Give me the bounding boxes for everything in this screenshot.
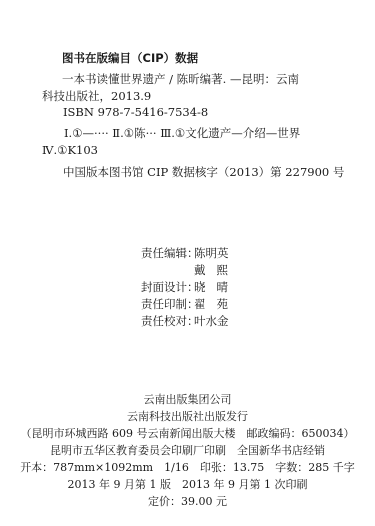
price: 定价：39.00 元 (0, 495, 375, 512)
credit-char: 翟 (194, 297, 206, 314)
book-specs: 开本：787mm×1092mm 1/16 印张：13.75 字数：285 千字 (0, 461, 375, 478)
cip-heading: 图书在版编目（CIP）数据 (62, 51, 198, 65)
credit-label: 责任校对： (141, 314, 194, 331)
cip-publisher-line: 科技出版社，2013.9 (42, 89, 151, 103)
credit-char: 陈 (194, 246, 206, 263)
cip-classification-2: Ⅳ.①K103 (42, 143, 98, 157)
publisher-press: 云南科技出版社出版发行 (0, 410, 375, 427)
credit-char: 苑 (217, 297, 229, 314)
credit-value: 陈 明 英 (194, 246, 228, 263)
cip-title-line: 一本书读懂世界遗产 / 陈昕编著. —昆明：云南 (62, 72, 299, 86)
edition-info: 2013 年 9 月第 1 版 2013 年 9 月第 1 次印刷 (0, 478, 375, 495)
credit-row-cover-design: 封面设计： 晓 晴 (141, 280, 228, 297)
credit-row-proofreading: 责任校对： 叶 水 金 (141, 314, 228, 331)
credit-row-editor-2: 戴 熙 (141, 263, 228, 280)
publisher-group: 云南出版集团公司 (0, 393, 375, 410)
credit-char: 明 (206, 246, 218, 263)
cip-isbn: ISBN 978-7-5416-7534-8 (63, 105, 208, 119)
credit-label: 责任印制： (141, 297, 194, 314)
credit-label (141, 263, 194, 280)
credit-char: 熙 (217, 263, 229, 280)
credit-char: 晴 (217, 280, 229, 297)
credit-char: 金 (217, 314, 229, 331)
cip-classification-1: Ⅰ.①—···· Ⅱ.①陈··· Ⅲ.①文化遗产—介绍—世界 (64, 126, 300, 140)
credit-char: 叶 (194, 314, 206, 331)
publisher-printer: 昆明市五华区教育委员会印刷厂印刷 全国新华书店经销 (0, 444, 375, 461)
credit-char: 戴 (194, 263, 206, 280)
credit-value: 晓 晴 (194, 280, 228, 297)
credit-value: 翟 苑 (194, 297, 228, 314)
credit-row-printing: 责任印制： 翟 苑 (141, 297, 228, 314)
credit-char: 晓 (194, 280, 206, 297)
publisher-address: （昆明市环城西路 609 号云南新闻出版大楼 邮政编码：650034） (0, 427, 375, 444)
credit-value: 叶 水 金 (194, 314, 228, 331)
credit-label: 责任编辑： (141, 246, 194, 263)
credit-label: 封面设计： (141, 280, 194, 297)
credit-char: 英 (217, 246, 229, 263)
credits-block: 责任编辑： 陈 明 英 戴 熙 封面设计： 晓 晴 责任印制： 翟 苑 责任校对… (141, 246, 228, 331)
credit-row-editor: 责任编辑： 陈 明 英 (141, 246, 228, 263)
publisher-block: 云南出版集团公司 云南科技出版社出版发行 （昆明市环城西路 609 号云南新闻出… (0, 393, 375, 512)
credit-value: 戴 熙 (194, 263, 228, 280)
cip-approval-number: 中国版本图书馆 CIP 数据核字（2013）第 227900 号 (63, 165, 344, 179)
credit-char: 水 (206, 314, 218, 331)
